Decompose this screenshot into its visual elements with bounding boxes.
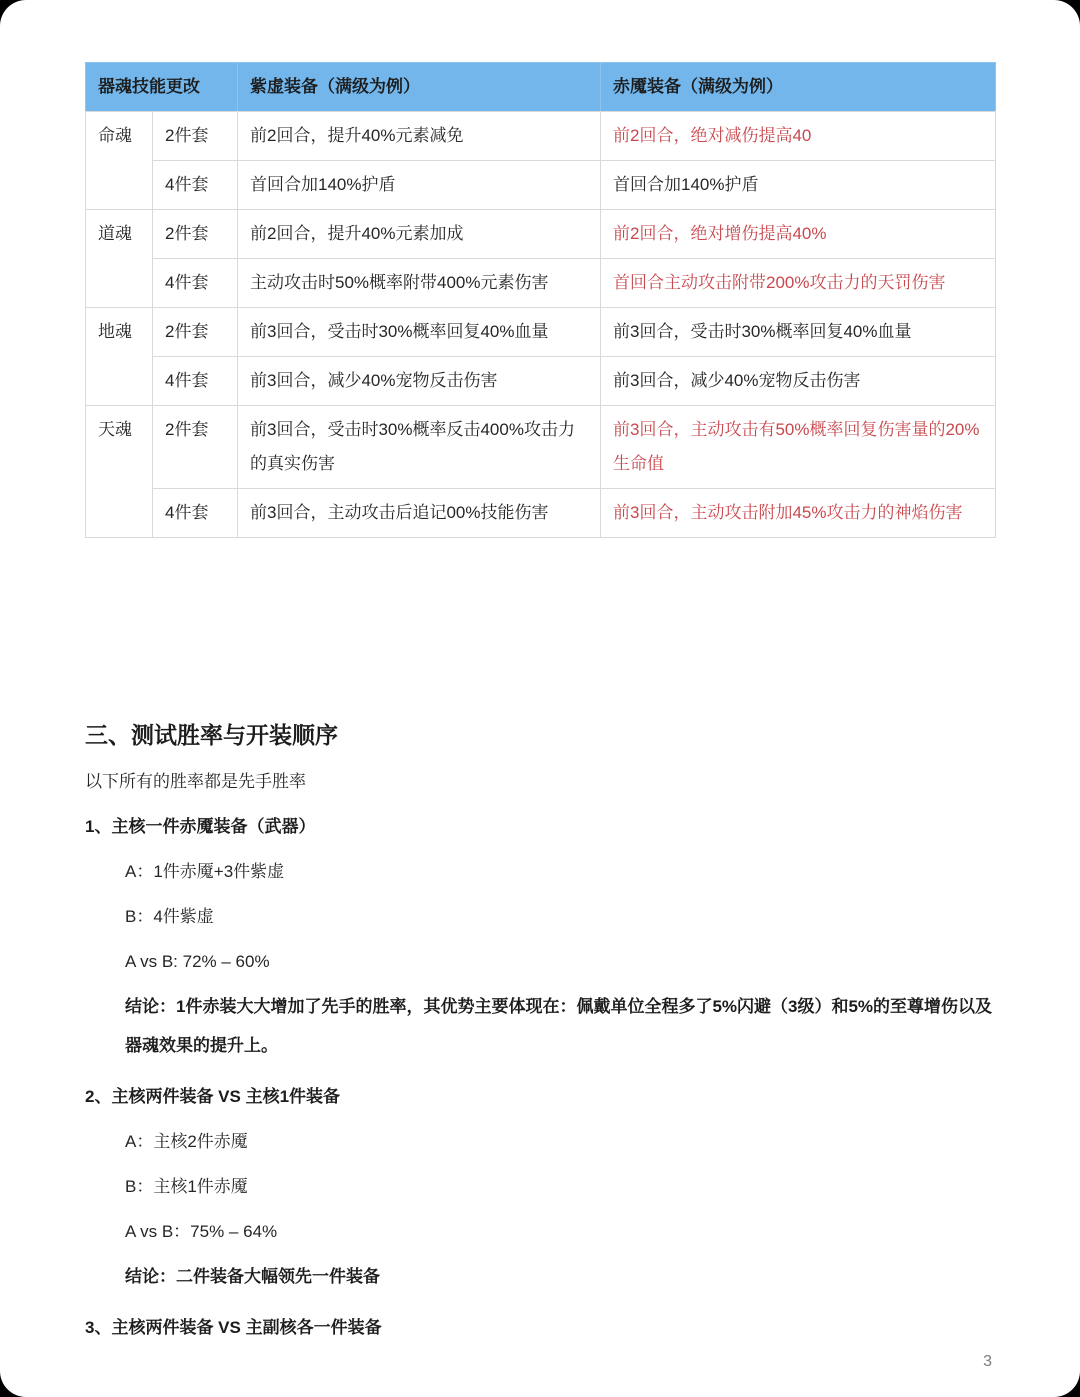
- chiyan-cell: 前3回合，主动攻击附加45%攻击力的神焰伤害: [601, 489, 996, 538]
- group-label-daohun: 道魂: [86, 210, 153, 308]
- set-label: 2件套: [153, 406, 238, 489]
- set-label: 2件套: [153, 112, 238, 161]
- set-label: 4件套: [153, 489, 238, 538]
- group-label-minghun: 命魂: [86, 112, 153, 210]
- table-row: 4件套 前3回合，主动攻击后追记00%技能伤害 前3回合，主动攻击附加45%攻击…: [86, 489, 996, 538]
- chiyan-cell: 前2回合，绝对减伤提高40: [601, 112, 996, 161]
- item1-title: 1、主核一件赤魇装备（武器）: [85, 814, 995, 840]
- set-label: 2件套: [153, 308, 238, 357]
- group-label-dihun: 地魂: [86, 308, 153, 406]
- item2-option-a: A：主核2件赤魇: [125, 1129, 995, 1155]
- section-win-rates: 三、测试胜率与开装顺序 以下所有的胜率都是先手胜率 1、主核一件赤魇装备（武器）…: [85, 712, 995, 1341]
- chiyan-cell: 前2回合，绝对增伤提高40%: [601, 210, 996, 259]
- page-number: 3: [983, 1353, 992, 1371]
- header-skill-change: 器魂技能更改: [86, 63, 238, 112]
- set-label: 4件套: [153, 357, 238, 406]
- zixu-cell: 前2回合，提升40%元素加成: [238, 210, 601, 259]
- zixu-cell: 主动攻击时50%概率附带400%元素伤害: [238, 259, 601, 308]
- zixu-cell: 前3回合，受击时30%概率反击400%攻击力的真实伤害: [238, 406, 601, 489]
- chiyan-cell: 首回合加140%护盾: [601, 161, 996, 210]
- item2-conclusion: 结论：二件装备大幅领先一件装备: [125, 1257, 995, 1296]
- set-label: 2件套: [153, 210, 238, 259]
- chiyan-cell: 前3回合，受击时30%概率回复40%血量: [601, 308, 996, 357]
- table-row: 命魂 2件套 前2回合，提升40%元素减免 前2回合，绝对减伤提高40: [86, 112, 996, 161]
- table-header-row: 器魂技能更改 紫虚装备（满级为例） 赤魇装备（满级为例）: [86, 63, 996, 112]
- zixu-cell: 前3回合，受击时30%概率回复40%血量: [238, 308, 601, 357]
- document-page: 器魂技能更改 紫虚装备（满级为例） 赤魇装备（满级为例） 命魂 2件套 前2回合…: [0, 0, 1080, 1397]
- zixu-cell: 前2回合，提升40%元素减免: [238, 112, 601, 161]
- item2-title: 2、主核两件装备 VS 主核1件装备: [85, 1084, 995, 1110]
- header-zixu: 紫虚装备（满级为例）: [238, 63, 601, 112]
- table-row: 4件套 主动攻击时50%概率附带400%元素伤害 首回合主动攻击附带200%攻击…: [86, 259, 996, 308]
- chiyan-cell: 前3回合，减少40%宠物反击伤害: [601, 357, 996, 406]
- header-chiyan: 赤魇装备（满级为例）: [601, 63, 996, 112]
- zixu-cell: 前3回合，减少40%宠物反击伤害: [238, 357, 601, 406]
- zixu-cell: 前3回合，主动攻击后追记00%技能伤害: [238, 489, 601, 538]
- set-label: 4件套: [153, 161, 238, 210]
- item1-result: A vs B: 72% – 60%: [125, 949, 995, 975]
- item1-option-b: B：4件紫虚: [125, 904, 995, 930]
- item2-result: A vs B：75% – 64%: [125, 1219, 995, 1245]
- table-row: 地魂 2件套 前3回合，受击时30%概率回复40%血量 前3回合，受击时30%概…: [86, 308, 996, 357]
- item1-conclusion: 结论：1件赤装大大增加了先手的胜率，其优势主要体现在：佩戴单位全程多了5%闪避（…: [125, 987, 995, 1065]
- item3-title: 3、主核两件装备 VS 主副核各一件装备: [85, 1315, 995, 1341]
- table-row: 4件套 前3回合，减少40%宠物反击伤害 前3回合，减少40%宠物反击伤害: [86, 357, 996, 406]
- section-heading: 三、测试胜率与开装顺序: [85, 720, 995, 750]
- zixu-cell: 首回合加140%护盾: [238, 161, 601, 210]
- set-label: 4件套: [153, 259, 238, 308]
- skill-table: 器魂技能更改 紫虚装备（满级为例） 赤魇装备（满级为例） 命魂 2件套 前2回合…: [85, 62, 996, 538]
- group-label-tianhun: 天魂: [86, 406, 153, 538]
- item2-option-b: B：主核1件赤魇: [125, 1174, 995, 1200]
- table-row: 4件套 首回合加140%护盾 首回合加140%护盾: [86, 161, 996, 210]
- section-intro: 以下所有的胜率都是先手胜率: [85, 769, 995, 795]
- table-row: 天魂 2件套 前3回合，受击时30%概率反击400%攻击力的真实伤害 前3回合，…: [86, 406, 996, 489]
- item1-option-a: A：1件赤魇+3件紫虚: [125, 859, 995, 885]
- chiyan-cell: 前3回合，主动攻击有50%概率回复伤害量的20%生命值: [601, 406, 996, 489]
- chiyan-cell: 首回合主动攻击附带200%攻击力的天罚伤害: [601, 259, 996, 308]
- table-row: 道魂 2件套 前2回合，提升40%元素加成 前2回合，绝对增伤提高40%: [86, 210, 996, 259]
